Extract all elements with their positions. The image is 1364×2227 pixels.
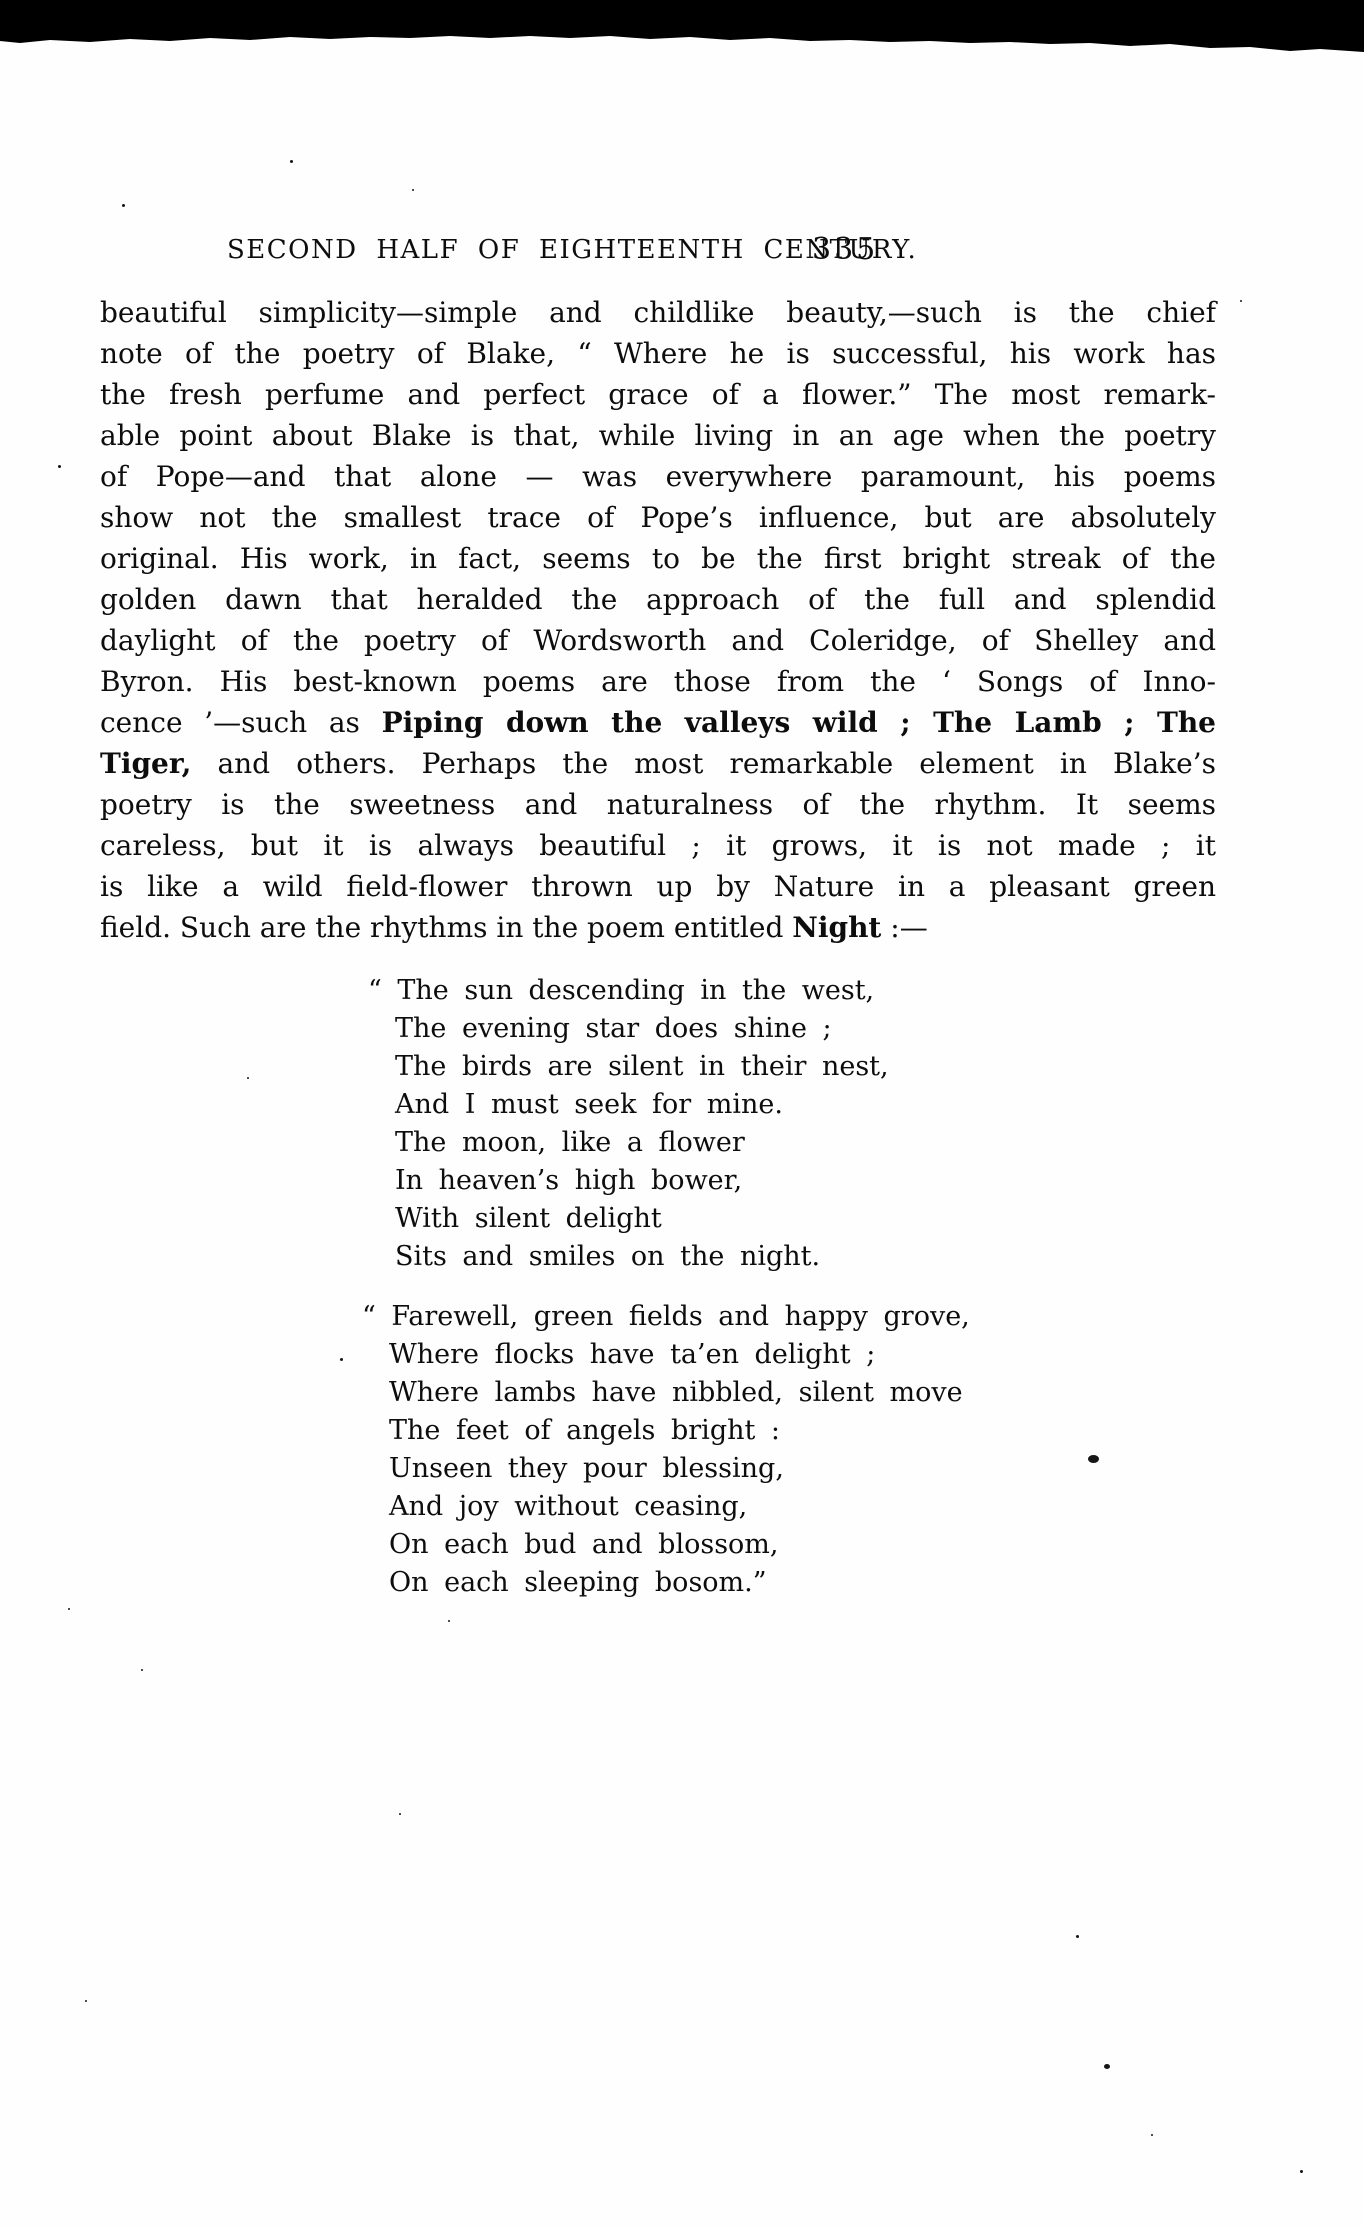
poem-line: “ Farewell, green fields and happy grove… [362,1298,1082,1336]
poem-line: The evening star does shine ; [395,1010,1068,1048]
paragraph-line: Tiger, and others. Perhaps the most rema… [100,743,1216,784]
poem-line: On each sleeping bosom.” [389,1564,1082,1602]
poem-line: Where flocks have ta’en delight ; [389,1336,1082,1374]
poem-title-bold-text: Night [792,911,881,944]
paragraph-line: Byron. His best-known poems are those fr… [100,661,1216,702]
ink-speck [412,189,414,191]
paragraph-line: careless, but it is always beautiful ; i… [100,825,1216,866]
poem-line: “ The sun descending in the west, [368,972,1068,1010]
paragraph-text: daylight of the poetry of Wordsworth and… [100,624,1216,657]
paragraph-line: daylight of the poetry of Wordsworth and… [100,620,1216,661]
paragraph-text: cence ’—such as [100,706,382,739]
poem-line: On each bud and blossom, [389,1526,1082,1564]
paragraph-line: able point about Blake is that, while li… [100,415,1216,456]
poem-stanza-1: “ The sun descending in the west,The eve… [368,972,1068,1276]
paragraph-line: poetry is the sweetness and naturalness … [100,784,1216,825]
ink-speck [247,1077,249,1079]
ink-speck [141,1669,143,1671]
paragraph-text: careless, but it is always beautiful ; i… [100,829,1216,862]
ink-speck [1104,2064,1110,2069]
paragraph-text: is like a wild field-flower thrown up by… [100,870,1216,903]
ink-speck [85,2000,87,2002]
poem-title-bold-text: Piping down the valleys wild ; The Lamb … [382,706,1216,739]
poem-stanza-2: “ Farewell, green fields and happy grove… [362,1298,1082,1602]
paragraph-line: the fresh perfume and perfect grace of a… [100,374,1216,415]
paragraph-line: show not the smallest trace of Pope’s in… [100,497,1216,538]
ink-speck [1088,1455,1099,1463]
ink-speck [122,204,125,207]
paragraph-line: is like a wild field-flower thrown up by… [100,866,1216,907]
poem-line: Unseen they pour blessing, [389,1450,1082,1488]
ink-speck [1240,300,1242,302]
poem-line: The moon, like a flower [395,1124,1068,1162]
paragraph-text: field. Such are the rhythms in the poem … [100,911,792,944]
paragraph-text: original. His work, in fact, seems to be… [100,542,1216,575]
ink-speck [340,1358,343,1361]
ink-speck [448,1620,450,1622]
paragraph-text: :— [881,911,927,944]
poem-line: And I must seek for mine. [395,1086,1068,1124]
paragraph-line: note of the poetry of Blake, “ Where he … [100,333,1216,374]
poem-line: In heaven’s high bower, [395,1162,1068,1200]
poem-line: The birds are silent in their nest, [395,1048,1068,1086]
paragraph-line: field. Such are the rhythms in the poem … [100,907,1216,948]
paragraph-text: show not the smallest trace of Pope’s in… [100,501,1216,534]
paragraph-text: beautiful simplicity—simple and childlik… [100,296,1216,329]
page-number: 335 [812,232,878,267]
paragraph-text: Byron. His best-known poems are those fr… [100,665,1216,698]
paragraph-line: original. His work, in fact, seems to be… [100,538,1216,579]
paragraph-line: golden dawn that heralded the approach o… [100,579,1216,620]
paragraph-line: beautiful simplicity—simple and childlik… [100,292,1216,333]
paragraph-text: poetry is the sweetness and naturalness … [100,788,1216,821]
poem-line: Where lambs have nibbled, silent move [389,1374,1082,1412]
paragraph-text: the fresh perfume and perfect grace of a… [100,378,1216,411]
paragraph-text: note of the poetry of Blake, “ Where he … [100,337,1216,370]
paragraph-text: able point about Blake is that, while li… [100,419,1216,452]
poem-line: And joy without ceasing, [389,1488,1082,1526]
ink-speck [1300,2170,1303,2173]
ink-speck [1076,1935,1079,1938]
poem-line: The feet of angels bright : [389,1412,1082,1450]
ink-speck [290,160,293,163]
ink-speck [1151,2134,1153,2136]
ink-speck [399,1813,401,1815]
scan-edge-artifact [0,0,1364,54]
poem-line: Sits and smiles on the night. [395,1238,1068,1276]
ink-speck [58,465,61,468]
paragraph-text: of Pope—and that alone — was everywhere … [100,460,1216,493]
poem-title-bold-text: Tiger, [100,747,191,780]
body-paragraph: beautiful simplicity—simple and childlik… [100,292,1216,948]
paragraph-text: and others. Perhaps the most remarkable … [191,747,1216,780]
paragraph-line: of Pope—and that alone — was everywhere … [100,456,1216,497]
poem-line: With silent delight [395,1200,1068,1238]
book-page: SECOND HALF OF EIGHTEENTH CENTURY. 335 b… [0,0,1364,2227]
paragraph-text: golden dawn that heralded the approach o… [100,583,1216,616]
ink-speck [68,1608,70,1610]
paragraph-line: cence ’—such as Piping down the valleys … [100,702,1216,743]
